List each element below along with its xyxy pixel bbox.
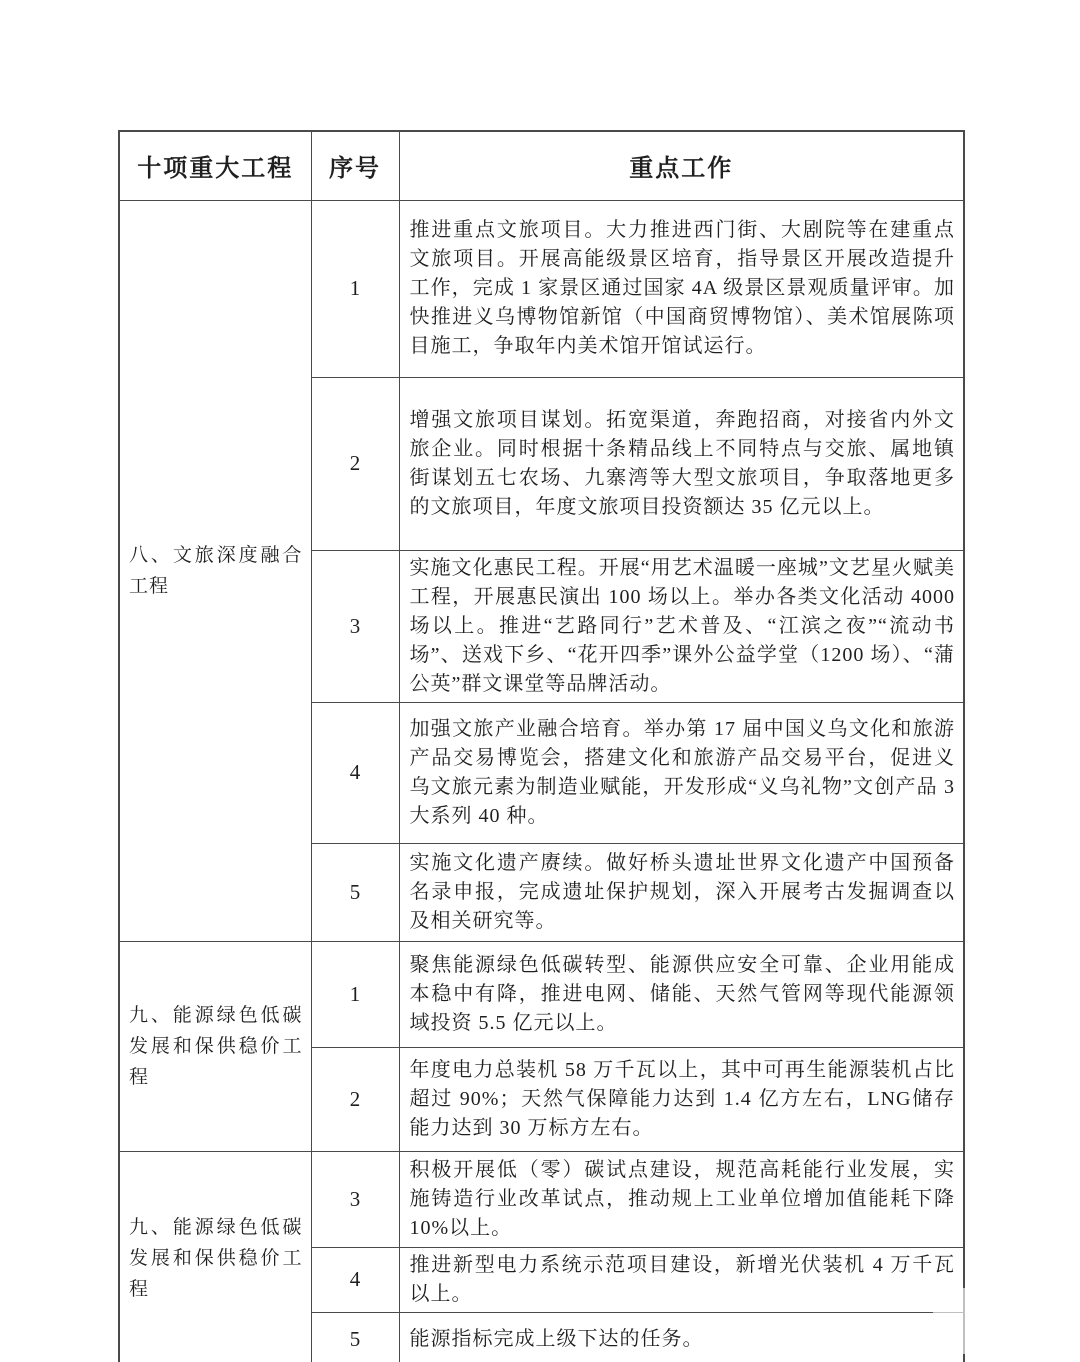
section-title-8: 八、文旅深度融合工程 <box>119 200 311 941</box>
serial-number: 1 <box>311 941 399 1047</box>
serial-number: 4 <box>311 1247 399 1312</box>
work-item: 年度电力总装机 58 万千瓦以上，其中可再生能源装机占比超过 90%；天然气保障… <box>399 1047 964 1151</box>
serial-number: 3 <box>311 550 399 702</box>
serial-number: 2 <box>311 377 399 550</box>
header-serial: 序号 <box>311 131 399 200</box>
serial-number: 3 <box>311 1151 399 1247</box>
section-title-9b: 九、能源绿色低碳发展和保供稳价工程 <box>119 1151 311 1362</box>
work-item: 推进重点文旅项目。大力推进西门街、大剧院等在建重点文旅项目。开展高能级景区培育，… <box>399 200 964 377</box>
serial-number: 5 <box>311 1312 399 1362</box>
header-project: 十项重大工程 <box>119 131 311 200</box>
document-page: 十项重大工程 序号 重点工作 八、文旅深度融合工程 1 推进重点文旅项目。大力推… <box>0 0 1080 1362</box>
work-item: 增强文旅项目谋划。拓宽渠道，奔跑招商，对接省内外文旅企业。同时根据十条精品线上不… <box>399 377 964 550</box>
work-item: 实施文化惠民工程。开展“用艺术温暖一座城”文艺星火赋美工程，开展惠民演出 100… <box>399 550 964 702</box>
header-row: 十项重大工程 序号 重点工作 <box>119 131 964 200</box>
serial-number: 4 <box>311 702 399 843</box>
serial-number: 1 <box>311 200 399 377</box>
work-item: 能源指标完成上级下达的任务。 <box>399 1312 964 1362</box>
work-item: 聚焦能源绿色低碳转型、能源供应安全可靠、企业用能成本稳中有降，推进电网、储能、天… <box>399 941 964 1047</box>
serial-number: 2 <box>311 1047 399 1151</box>
header-work: 重点工作 <box>399 131 964 200</box>
table-row: 九、能源绿色低碳发展和保供稳价工程 1 聚焦能源绿色低碳转型、能源供应安全可靠、… <box>119 941 964 1047</box>
work-item: 加强文旅产业融合培育。举办第 17 届中国义乌文化和旅游产品交易博览会，搭建文化… <box>399 702 964 843</box>
work-item: 实施文化遗产赓续。做好桥头遗址世界文化遗产中国预备名录申报，完成遗址保护规划，深… <box>399 843 964 941</box>
work-item: 推进新型电力系统示范项目建设，新增光伏装机 4 万千瓦以上。 <box>399 1247 964 1312</box>
serial-number: 5 <box>311 843 399 941</box>
section-title-9a: 九、能源绿色低碳发展和保供稳价工程 <box>119 941 311 1151</box>
table-row: 八、文旅深度融合工程 1 推进重点文旅项目。大力推进西门街、大剧院等在建重点文旅… <box>119 200 964 377</box>
work-item: 积极开展低（零）碳试点建设，规范高耗能行业发展，实施铸造行业改革试点，推动规上工… <box>399 1151 964 1247</box>
major-projects-table: 十项重大工程 序号 重点工作 八、文旅深度融合工程 1 推进重点文旅项目。大力推… <box>118 130 965 1362</box>
table-row: 九、能源绿色低碳发展和保供稳价工程 3 积极开展低（零）碳试点建设，规范高耗能行… <box>119 1151 964 1247</box>
